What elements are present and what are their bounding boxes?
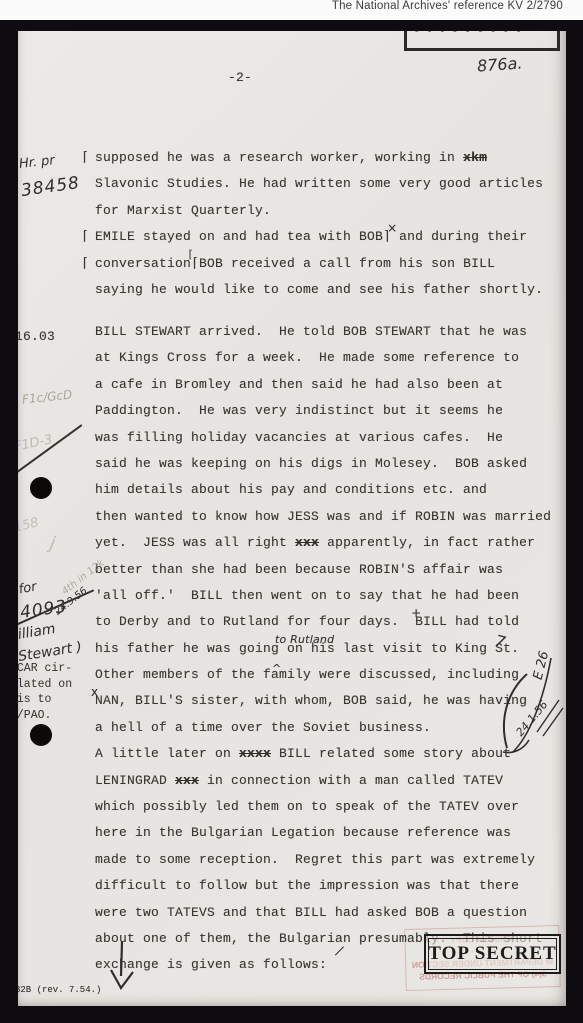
margin-time-ref: 16.03	[15, 329, 55, 344]
archive-reference-text: The National Archives' reference KV 2/27…	[332, 0, 563, 12]
paragraph-2: BILL STEWART arrived. He told BOB STEWAR…	[95, 324, 551, 984]
text-segment: a cafe in Bromley and then said he had a…	[95, 377, 503, 392]
text-segment: BILL STEWART arrived. He told BOB STEWAR…	[95, 324, 527, 339]
text-segment: made to some reception. Regret this part…	[95, 852, 535, 867]
paragraph-1: ⌈supposed he was a research worker, work…	[95, 150, 543, 308]
text-segment: xxx	[295, 535, 319, 550]
margin-circulation-stamp: SCAR cir-ulated onhis to2/PAO.	[10, 662, 72, 724]
typed-line: then wanted to know how JESS was and if …	[95, 509, 551, 535]
text-segment: which possibly led them on to speak of t…	[95, 799, 519, 814]
text-segment: at Kings Cross for a week. He made some …	[95, 350, 519, 365]
faded-top-secret-stamp: - - - - - - - - -	[404, 31, 560, 51]
text-segment: supposed he was a research worker, worki…	[95, 150, 463, 165]
typed-line: ⌈conversation⌈⌈BOB received a call from …	[95, 256, 543, 282]
text-segment: here in the Bulgarian Legation because r…	[95, 825, 511, 840]
text-segment: his father he was going	[95, 641, 279, 656]
text-segment: A little later on	[95, 746, 239, 761]
typed-line: ulated on	[10, 678, 72, 694]
text-segment: him details about his pay and conditions…	[95, 482, 487, 497]
punch-hole-top	[30, 477, 52, 499]
typed-line: his to	[10, 693, 72, 709]
text-segment: was filling holiday vacancies at various…	[95, 430, 503, 445]
text-segment: for Marxist Quarterly.	[95, 203, 271, 218]
text-segment: LENINGRAD	[95, 773, 175, 788]
text-segment: and during their	[391, 229, 527, 244]
text-segment: xxx	[175, 773, 199, 788]
typed-line: ⌈EMILE stayed on and had tea with BOB⌉× …	[95, 229, 543, 255]
scan-border-top	[0, 20, 583, 31]
inline-annotation-mark: ⌈	[187, 248, 194, 262]
typed-line: difficult to follow but the impression w…	[95, 878, 551, 904]
text-segment: were two TATEVS and that BILL had asked …	[95, 905, 527, 920]
text-segment: better than she had been because ROBIN'S…	[95, 562, 503, 577]
folio-number-handwritten: 876a.	[476, 53, 523, 75]
text-segment: NAN, BILL'S sister, with whom, BOB said,…	[95, 693, 527, 708]
inline-annotation-mark: ×	[387, 221, 397, 235]
typed-line: here in the Bulgarian Legation because r…	[95, 825, 551, 851]
typed-line: at Kings Cross for a week. He made some …	[95, 350, 551, 376]
text-segment: difficult to follow but the impression w…	[95, 878, 519, 893]
scan-border-right	[566, 20, 583, 1023]
typed-line: Other members of the family were discuss…	[95, 667, 551, 693]
typed-line: were two TATEVS and that BILL had asked …	[95, 905, 551, 931]
text-segment: saying he would like to come and see his…	[95, 282, 543, 297]
typed-line: BILL STEWART arrived. He told BOB STEWAR…	[95, 324, 551, 350]
typed-line: A little later on xxxx BILL related some…	[95, 746, 551, 772]
typed-line: 'all off.' BILL then went on to say that…	[95, 588, 551, 614]
text-segment: to Derby and to Rutland for four days.	[95, 614, 415, 629]
text-segment: then wanted to know how JESS was and if …	[95, 509, 551, 524]
scanned-document-page: The National Archives' reference KV 2/27…	[0, 0, 583, 1023]
typed-line: his father he was goingto Rutland^ on hi…	[95, 641, 551, 667]
typed-line: was filling holiday vacancies at various…	[95, 430, 551, 456]
typed-line: which possibly led them on to speak of t…	[95, 799, 551, 825]
typed-line: ⌈supposed he was a research worker, work…	[95, 150, 543, 176]
text-segment: BILL related some story about	[271, 746, 511, 761]
typed-line: for Marxist Quarterly.	[95, 203, 543, 229]
inline-annotation-mark: ^	[272, 662, 281, 675]
typed-line: a cafe in Bromley and then said he had a…	[95, 377, 551, 403]
inline-annotation-mark: to Rutland	[275, 633, 334, 646]
text-segment: xkm	[463, 150, 487, 165]
scan-border-left	[0, 20, 18, 1023]
text-segment: in connection with a man called TATEV	[199, 773, 503, 788]
typed-line: said he was keeping on his digs in Moles…	[95, 456, 551, 482]
typed-line: made to some reception. Regret this part…	[95, 852, 551, 878]
typed-line: saying he would like to come and see his…	[95, 282, 543, 308]
text-segment: Paddington. He was very indistinct but i…	[95, 403, 503, 418]
page-number: -2-	[228, 70, 252, 85]
text-segment: BOB received a call from his son BILL	[199, 256, 495, 271]
inline-annotation-mark: x	[91, 685, 98, 699]
signature-scribble-icon	[493, 640, 573, 770]
punch-hole-bottom	[30, 724, 52, 746]
down-arrow-icon	[106, 940, 140, 994]
text-segment: Slavonic Studies. He had written some ve…	[95, 176, 543, 191]
text-segment: apparently, in fact rather	[319, 535, 535, 550]
text-segment: Other members of the family were discuss…	[95, 667, 519, 682]
text-segment: 'all off.' BILL then went on to say that…	[95, 588, 519, 603]
text-segment: BILL had told	[415, 614, 519, 629]
typed-line: xNAN, BILL'S sister, with whom, BOB said…	[95, 693, 551, 719]
archive-header: The National Archives' reference KV 2/27…	[0, 0, 583, 20]
top-secret-stamp-text: TOP SECRET	[428, 938, 557, 970]
text-segment: a hell of a time over the Soviet busines…	[95, 720, 431, 735]
typed-line: Slavonic Studies. He had written some ve…	[95, 176, 543, 202]
typed-line: 2/PAO.	[10, 709, 72, 725]
typed-line: better than she had been because ROBIN'S…	[95, 562, 551, 588]
inline-annotation-mark: +	[411, 606, 421, 620]
typed-line: yet. JESS was all right xxx apparently, …	[95, 535, 551, 561]
text-segment: said he was keeping on his digs in Moles…	[95, 456, 527, 471]
right-margin-scribble: 7 E 26 24.1.56	[493, 630, 573, 770]
typed-line: Paddington. He was very indistinct but i…	[95, 403, 551, 429]
form-number: 32B (rev. 7.54.)	[15, 985, 101, 995]
typed-line: a hell of a time over the Soviet busines…	[95, 720, 551, 746]
text-segment: EMILE stayed on and had tea with BOB	[95, 229, 383, 244]
text-segment: yet. JESS was all right	[95, 535, 295, 550]
text-segment: xxxx	[239, 746, 271, 761]
text-segment: conversation	[95, 256, 191, 271]
typed-line: him details about his pay and conditions…	[95, 482, 551, 508]
typed-line: LENINGRAD xxx in connection with a man c…	[95, 773, 551, 799]
scan-border-bottom	[0, 1006, 583, 1023]
top-secret-stamp: TOP SECRET	[424, 934, 561, 974]
